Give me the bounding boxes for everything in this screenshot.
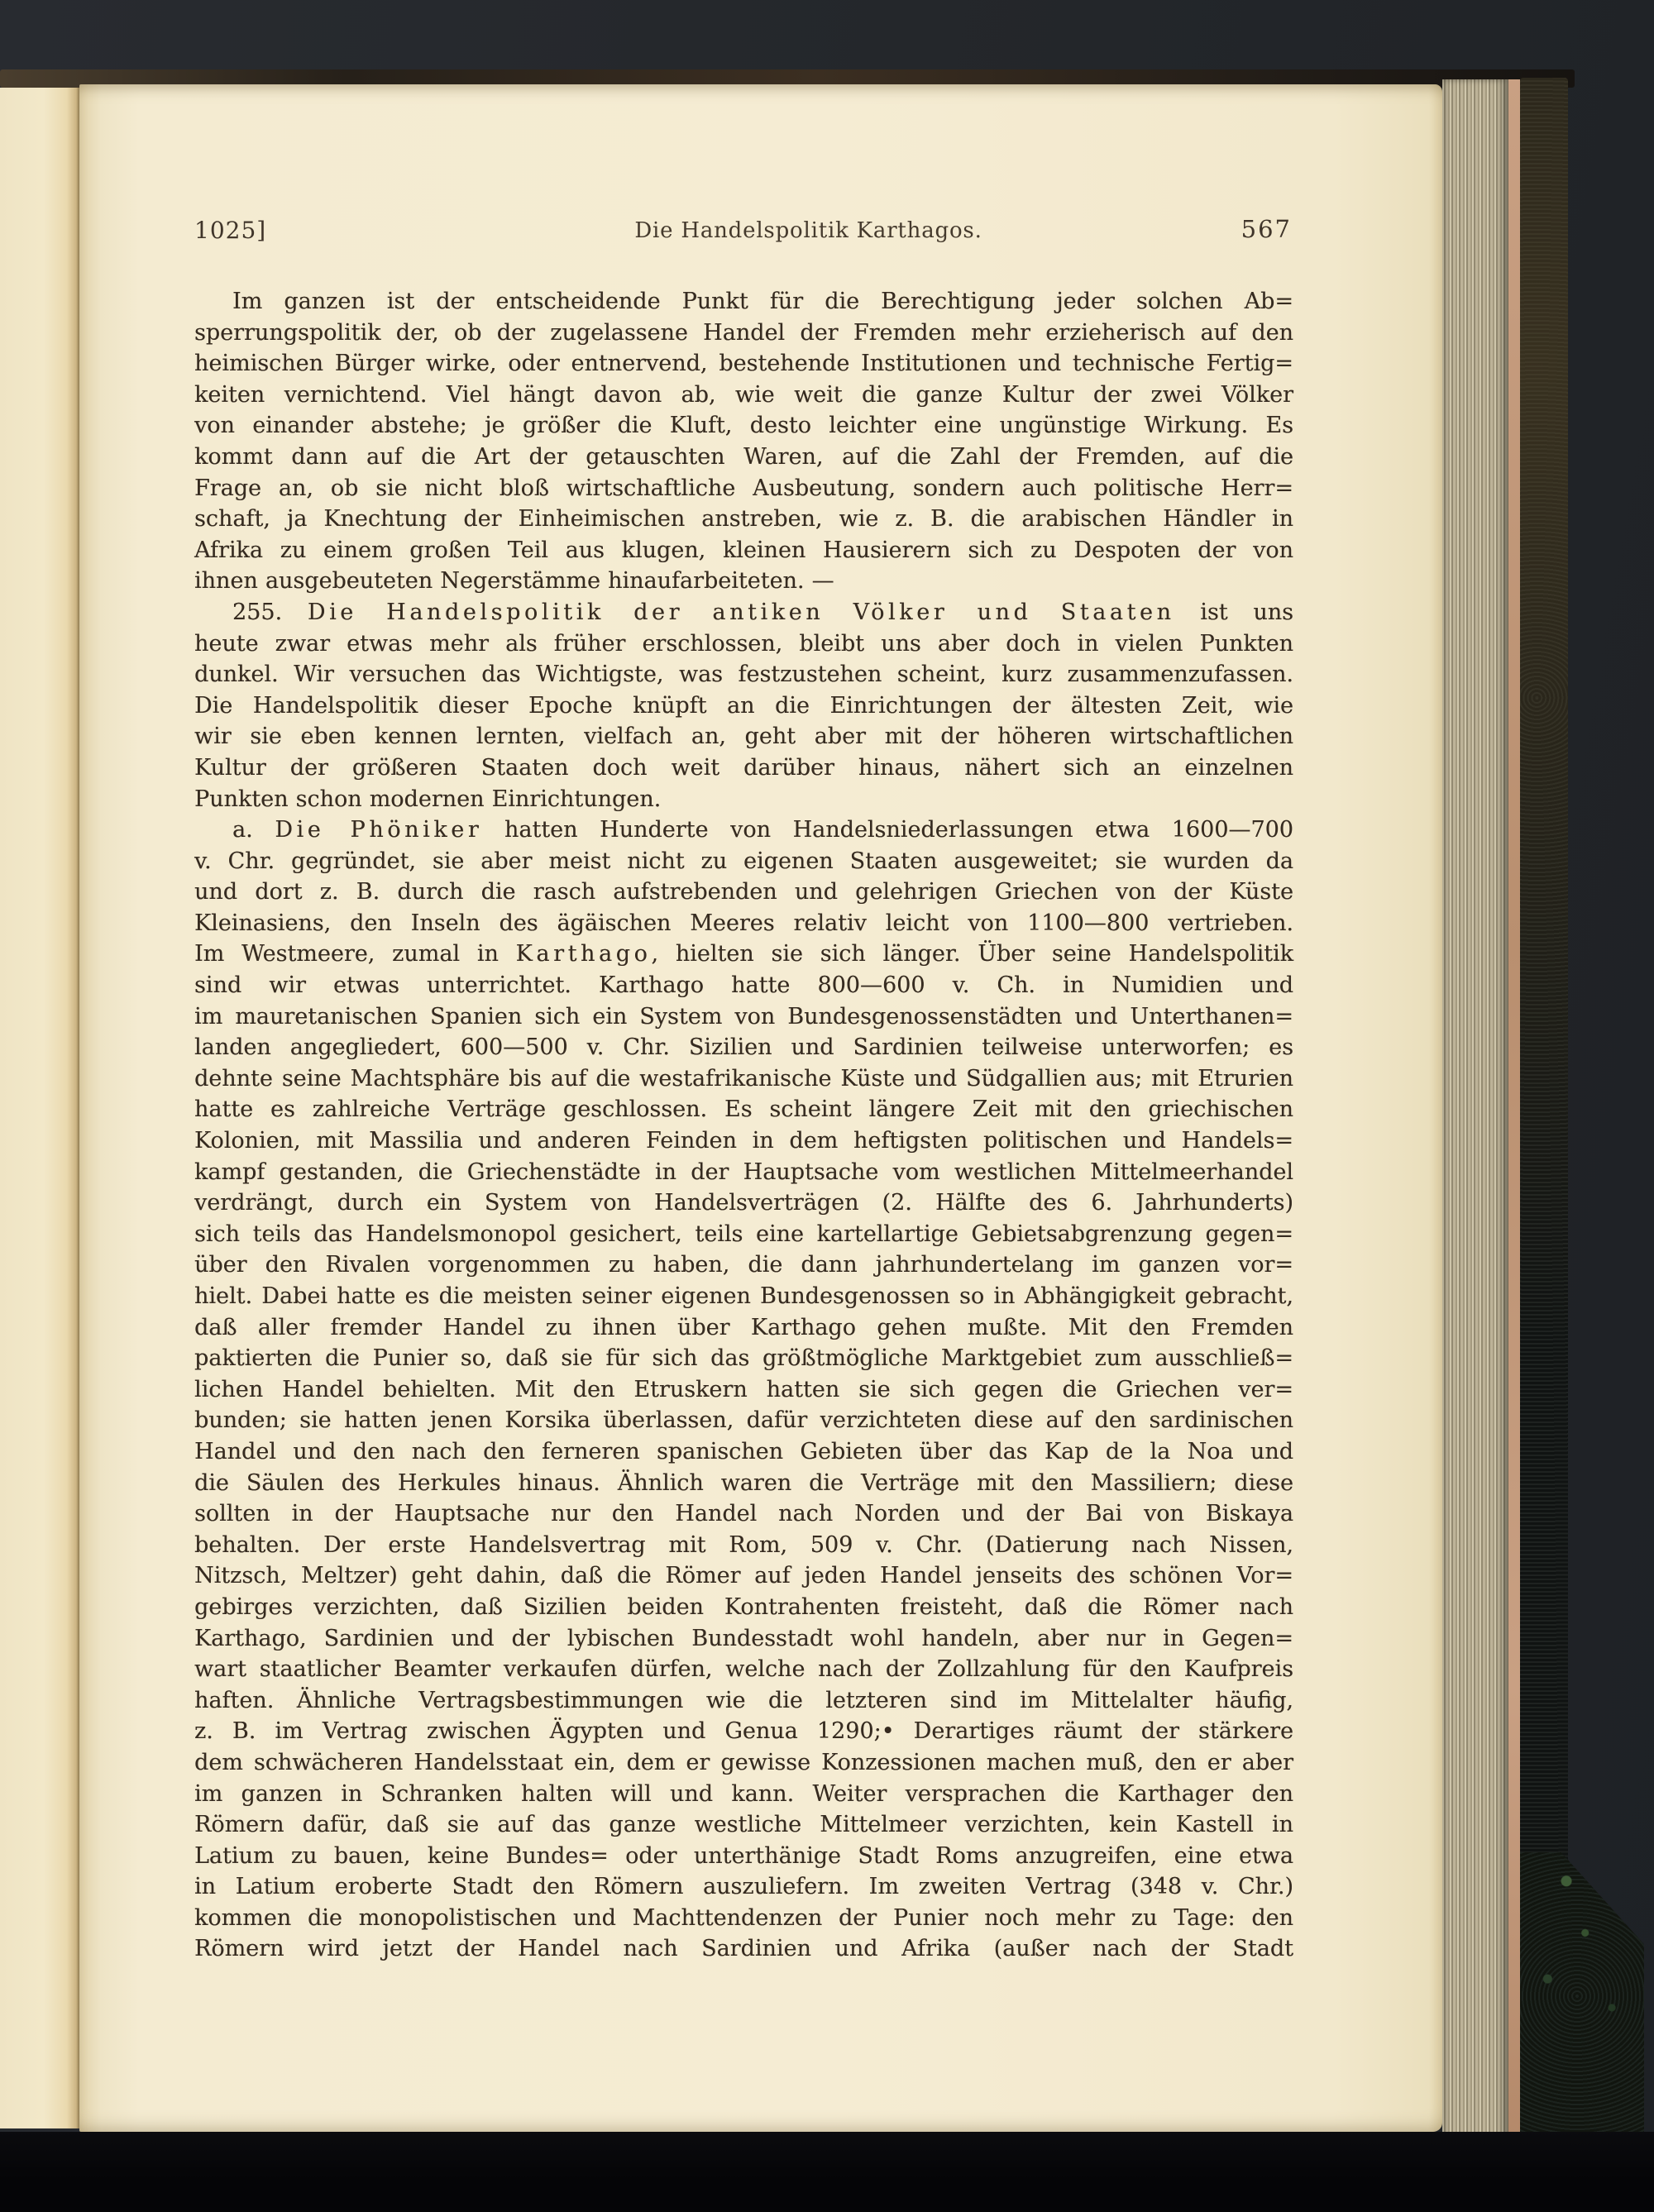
text-line: von einander abstehe; je größer die Kluf…	[194, 410, 1293, 442]
text-line: Karthago, Sardinien und der lybischen Bu…	[194, 1623, 1293, 1655]
text-segment: keiten vernichtend. Viel hängt davon ab,…	[194, 382, 1293, 408]
text-segment: daß aller fremder Handel zu ihnen über K…	[194, 1315, 1293, 1340]
text-line: schaft, ja Knechtung der Einheimischen a…	[194, 504, 1293, 535]
text-segment: , hielten sie sich länger. Über seine Ha…	[651, 941, 1293, 967]
text-segment: im ganzen in Schranken halten will und k…	[194, 1781, 1293, 1807]
text-line: heimischen Bürger wirke, oder entnervend…	[194, 348, 1293, 380]
text-line: kommen die monopolistischen und Machtten…	[194, 1903, 1293, 1934]
text-line: im ganzen in Schranken halten will und k…	[194, 1779, 1293, 1810]
text-line: daß aller fremder Handel zu ihnen über K…	[194, 1312, 1293, 1344]
text-segment: hielt. Dabei hatte es die meisten seiner…	[194, 1283, 1293, 1309]
text-segment: wir sie eben kennen lernten, vielfach an…	[194, 724, 1293, 749]
text-line: dem schwächeren Handelsstaat ein, dem er…	[194, 1747, 1293, 1779]
text-segment: Frage an, ob sie nicht bloß wirtschaftli…	[194, 475, 1293, 501]
folio-number: 1025]	[194, 217, 266, 244]
page-text-area: 1025] Die Handelspolitik Karthagos. 567 …	[194, 84, 1293, 1965]
text-segment: z. B. im Vertrag zwischen Ägypten und Ge…	[194, 1718, 1293, 1744]
text-line: z. B. im Vertrag zwischen Ägypten und Ge…	[194, 1716, 1293, 1747]
text-segment: Nitzsch, Meltzer) geht dahin, daß die Rö…	[194, 1563, 1293, 1589]
text-segment: Latium zu bauen, keine Bundes= oder unte…	[194, 1843, 1293, 1869]
text-line: dehnte seine Machtsphäre bis auf die wes…	[194, 1063, 1293, 1095]
text-line: Frage an, ob sie nicht bloß wirtschaftli…	[194, 473, 1293, 504]
text-line: hielt. Dabei hatte es die meisten seiner…	[194, 1281, 1293, 1312]
text-segment: a.	[232, 817, 275, 843]
text-segment: dehnte seine Machtsphäre bis auf die wes…	[194, 1066, 1293, 1092]
text-segment: Kolonien, mit Massilia und anderen Feind…	[194, 1128, 1293, 1154]
text-line: sich teils das Handelsmonopol gesichert,…	[194, 1219, 1293, 1250]
text-segment: behalten. Der erste Handelsvertrag mit R…	[194, 1532, 1293, 1558]
text-segment: sperrungspolitik der, ob der zugelassene…	[194, 320, 1293, 346]
letterspaced-text: Die Phöniker	[275, 817, 482, 843]
text-segment: schaft, ja Knechtung der Einheimischen a…	[194, 506, 1293, 532]
book-page: 1025] Die Handelspolitik Karthagos. 567 …	[79, 84, 1442, 2132]
text-line: Afrika zu einem großen Teil aus klugen, …	[194, 535, 1293, 566]
text-segment: haften. Ähnliche Vertragsbestimmungen wi…	[194, 1688, 1293, 1713]
text-segment: kommt dann auf die Art der getauschten W…	[194, 444, 1293, 470]
text-segment: landen angegliedert, 600—500 v. Chr. Siz…	[194, 1034, 1293, 1060]
text-line: hatte es zahlreiche Verträge geschlossen…	[194, 1094, 1293, 1125]
text-line: in Latium eroberte Stadt den Römern ausz…	[194, 1871, 1293, 1903]
text-line: paktierten die Punier so, daß sie für si…	[194, 1343, 1293, 1374]
text-line: die Säulen des Herkules hinaus. Ähnlich …	[194, 1468, 1293, 1499]
text-segment: sind wir etwas unterrichtet. Karthago ha…	[194, 972, 1293, 998]
text-line: Die Handelspolitik dieser Epoche knüpft …	[194, 690, 1293, 722]
text-line: Nitzsch, Meltzer) geht dahin, daß die Rö…	[194, 1560, 1293, 1592]
text-line: landen angegliedert, 600—500 v. Chr. Siz…	[194, 1032, 1293, 1063]
text-line: gebirges verzichten, daß Sizilien beiden…	[194, 1592, 1293, 1623]
text-line: über den Rivalen vorgenommen zu haben, d…	[194, 1249, 1293, 1281]
text-line: Im Westmeere, zumal in Karthago, hielten…	[194, 939, 1293, 970]
page-stack-fore-edge-tint	[1508, 79, 1520, 2142]
text-segment: Römern wird jetzt der Handel nach Sardin…	[194, 1936, 1293, 1961]
text-segment: dem schwächeren Handelsstaat ein, dem er…	[194, 1750, 1293, 1775]
text-line: sollten in der Hauptsache nur den Handel…	[194, 1498, 1293, 1530]
table-surface	[0, 2132, 1654, 2212]
book-cover-right-edge	[1520, 78, 1568, 2145]
text-segment: heimischen Bürger wirke, oder entnervend…	[194, 351, 1293, 376]
letterspaced-text: Karthago	[516, 941, 652, 967]
text-line: kommt dann auf die Art der getauschten W…	[194, 442, 1293, 473]
text-line: Im ganzen ist der entscheidende Punkt fü…	[194, 286, 1293, 318]
text-line: Punkten schon modernen Einrichtungen.	[194, 784, 1293, 815]
text-line: Latium zu bauen, keine Bundes= oder unte…	[194, 1841, 1293, 1872]
book-cover-corner-mottle	[1510, 1852, 1644, 2140]
letterspaced-text: Die Handelspolitik der antiken Völker un…	[308, 600, 1175, 625]
text-line: Kolonien, mit Massilia und anderen Feind…	[194, 1125, 1293, 1157]
text-segment: paktierten die Punier so, daß sie für si…	[194, 1345, 1293, 1371]
text-segment: verdrängt, durch ein System von Handelsv…	[194, 1190, 1293, 1216]
text-segment: kampf gestanden, die Griechenstädte in d…	[194, 1159, 1293, 1185]
facing-page-sliver	[0, 88, 79, 2128]
text-segment: bunden; sie hatten jenen Korsika überlas…	[194, 1407, 1293, 1433]
text-line: kampf gestanden, die Griechenstädte in d…	[194, 1157, 1293, 1188]
text-line: Römern wird jetzt der Handel nach Sardin…	[194, 1933, 1293, 1965]
text-line: Handel und den nach den ferneren spanisc…	[194, 1436, 1293, 1468]
running-head: 1025] Die Handelspolitik Karthagos. 567	[194, 213, 1293, 248]
text-line: dunkel. Wir versuchen das Wichtigste, wa…	[194, 659, 1293, 690]
text-line: und dort z. B. durch die rasch aufstrebe…	[194, 877, 1293, 908]
book-photo-scene: 1025] Die Handelspolitik Karthagos. 567 …	[0, 0, 1654, 2212]
text-segment: Handel und den nach den ferneren spanisc…	[194, 1439, 1293, 1464]
text-segment: wart staatlicher Beamter verkaufen dürfe…	[194, 1656, 1293, 1682]
text-segment: Kultur der größeren Staaten doch weit da…	[194, 755, 1293, 781]
text-line: verdrängt, durch ein System von Handelsv…	[194, 1187, 1293, 1219]
text-segment: und dort z. B. durch die rasch aufstrebe…	[194, 879, 1293, 905]
text-segment: im mauretanischen Spanien sich ein Syste…	[194, 1004, 1293, 1030]
page-number: 567	[1241, 215, 1292, 243]
text-line: sperrungspolitik der, ob der zugelassene…	[194, 318, 1293, 349]
text-segment: Karthago, Sardinien und der lybischen Bu…	[194, 1626, 1293, 1651]
page-stack-fore-edge	[1442, 79, 1508, 2142]
text-segment: kommen die monopolistischen und Machtten…	[194, 1905, 1293, 1931]
text-segment: Punkten schon modernen Einrichtungen.	[194, 786, 661, 812]
text-line: wart staatlicher Beamter verkaufen dürfe…	[194, 1654, 1293, 1685]
text-line: Kleinasiens, den Inseln des ägäischen Me…	[194, 908, 1293, 939]
text-segment: sollten in der Hauptsache nur den Handel…	[194, 1501, 1293, 1526]
text-segment: sich teils das Handelsmonopol gesichert,…	[194, 1221, 1293, 1247]
text-segment: Afrika zu einem großen Teil aus klugen, …	[194, 537, 1293, 563]
text-segment: hatten Hunderte von Handelsniederlassung…	[482, 817, 1293, 843]
text-segment: die Säulen des Herkules hinaus. Ähnlich …	[194, 1470, 1293, 1496]
text-line: Kultur der größeren Staaten doch weit da…	[194, 752, 1293, 784]
text-segment: hatte es zahlreiche Verträge geschlossen…	[194, 1096, 1293, 1122]
text-line: ihnen ausgebeuteten Negerstämme hinaufar…	[194, 566, 1293, 597]
text-segment: in Latium eroberte Stadt den Römern ausz…	[194, 1874, 1293, 1899]
text-segment: ist uns	[1175, 600, 1293, 625]
text-line: bunden; sie hatten jenen Korsika überlas…	[194, 1405, 1293, 1436]
text-segment: Im Westmeere, zumal in	[194, 941, 516, 967]
text-line: 255. Die Handelspolitik der antiken Völk…	[194, 597, 1293, 628]
text-line: heute zwar etwas mehr als früher erschlo…	[194, 628, 1293, 660]
text-line: v. Chr. gegründet, sie aber meist nicht …	[194, 846, 1293, 877]
text-line: keiten vernichtend. Viel hängt davon ab,…	[194, 380, 1293, 411]
text-line: sind wir etwas unterrichtet. Karthago ha…	[194, 970, 1293, 1001]
text-segment: Die Handelspolitik dieser Epoche knüpft …	[194, 693, 1293, 719]
text-segment: v. Chr. gegründet, sie aber meist nicht …	[194, 848, 1293, 874]
text-segment: über den Rivalen vorgenommen zu haben, d…	[194, 1252, 1293, 1278]
text-segment: 255.	[232, 600, 308, 625]
text-line: haften. Ähnliche Vertragsbestimmungen wi…	[194, 1685, 1293, 1717]
text-segment: Kleinasiens, den Inseln des ägäischen Me…	[194, 910, 1293, 936]
text-line: behalten. Der erste Handelsvertrag mit R…	[194, 1530, 1293, 1561]
text-segment: ihnen ausgebeuteten Negerstämme hinaufar…	[194, 568, 834, 594]
text-line: wir sie eben kennen lernten, vielfach an…	[194, 721, 1293, 752]
text-segment: gebirges verzichten, daß Sizilien beiden…	[194, 1594, 1293, 1620]
text-line: im mauretanischen Spanien sich ein Syste…	[194, 1001, 1293, 1033]
text-line: Römern dafür, daß sie auf das ganze west…	[194, 1809, 1293, 1841]
text-segment: von einander abstehe; je größer die Kluf…	[194, 413, 1293, 438]
running-title: Die Handelspolitik Karthagos.	[634, 218, 982, 243]
text-segment: heute zwar etwas mehr als früher erschlo…	[194, 631, 1293, 657]
text-segment: Römern dafür, daß sie auf das ganze west…	[194, 1812, 1293, 1837]
text-block: Im ganzen ist der entscheidende Punkt fü…	[194, 286, 1293, 1965]
text-segment: Im ganzen ist der entscheidende Punkt fü…	[232, 289, 1293, 314]
text-line: a. Die Phöniker hatten Hunderte von Hand…	[194, 815, 1293, 846]
text-segment: lichen Handel behielten. Mit den Etruske…	[194, 1377, 1293, 1402]
text-segment: dunkel. Wir versuchen das Wichtigste, wa…	[194, 662, 1293, 687]
text-line: lichen Handel behielten. Mit den Etruske…	[194, 1374, 1293, 1406]
